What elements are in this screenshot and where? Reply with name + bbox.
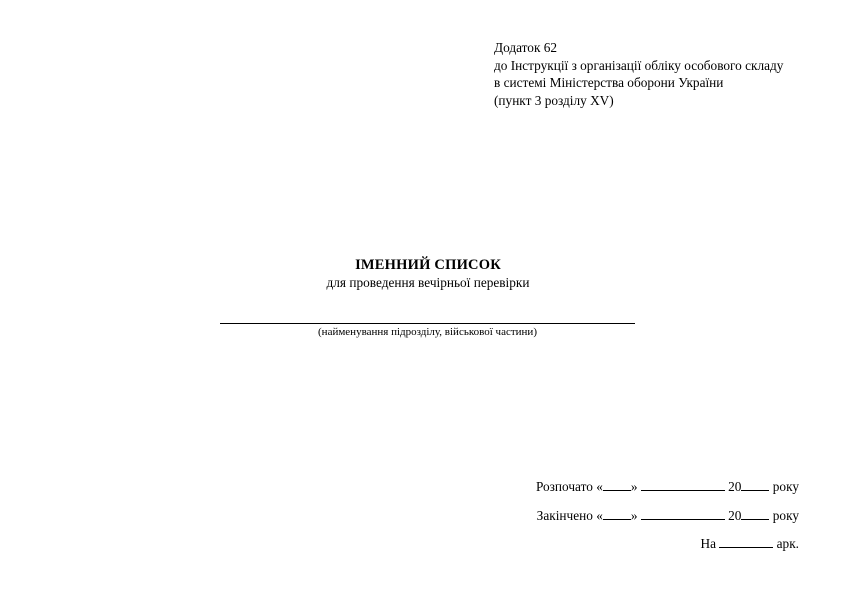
finished-month-field[interactable] xyxy=(641,507,725,520)
finished-date-row: Закінчено «» 20 року xyxy=(536,507,799,536)
finished-day-field[interactable] xyxy=(603,507,631,520)
dates-block: Розпочато «» 20 року Закінчено «» 20 рок… xyxy=(536,478,799,564)
sheets-prefix: На xyxy=(700,536,716,551)
started-label: Розпочато xyxy=(536,479,593,494)
started-month-field[interactable] xyxy=(641,478,725,491)
close-quote: » xyxy=(631,508,638,523)
sheets-row: На арк. xyxy=(536,535,799,564)
year-word: року xyxy=(773,508,799,523)
finished-label: Закінчено xyxy=(537,508,593,523)
document-title-block: ІМЕННИЙ СПИСОК для проведення вечірньої … xyxy=(0,256,842,291)
document-title: ІМЕННИЙ СПИСОК xyxy=(0,256,842,274)
open-quote: « xyxy=(596,479,603,494)
appendix-number: Додаток 62 xyxy=(494,39,783,57)
close-quote: » xyxy=(631,479,638,494)
unit-name-block: (найменування підрозділу, військової час… xyxy=(220,316,635,339)
year-word: року xyxy=(773,479,799,494)
document-subtitle: для проведення вечірньої перевірки xyxy=(0,274,842,291)
appendix-instruction: до Інструкції з організації обліку особо… xyxy=(494,57,783,75)
started-year-field[interactable] xyxy=(741,478,769,491)
started-date-row: Розпочато «» 20 року xyxy=(536,478,799,507)
appendix-clause: (пункт 3 розділу XV) xyxy=(494,92,783,110)
open-quote: « xyxy=(596,508,603,523)
sheets-count-field[interactable] xyxy=(719,535,773,548)
century-prefix: 20 xyxy=(728,479,741,494)
sheets-suffix: арк. xyxy=(777,536,799,551)
started-day-field[interactable] xyxy=(603,478,631,491)
appendix-ministry: в системі Міністерства оборони України xyxy=(494,74,783,92)
finished-year-field[interactable] xyxy=(741,507,769,520)
appendix-reference: Додаток 62 до Інструкції з організації о… xyxy=(494,39,783,109)
century-prefix: 20 xyxy=(728,508,741,523)
unit-name-caption: (найменування підрозділу, військової час… xyxy=(220,326,635,339)
unit-name-field[interactable] xyxy=(220,316,635,324)
